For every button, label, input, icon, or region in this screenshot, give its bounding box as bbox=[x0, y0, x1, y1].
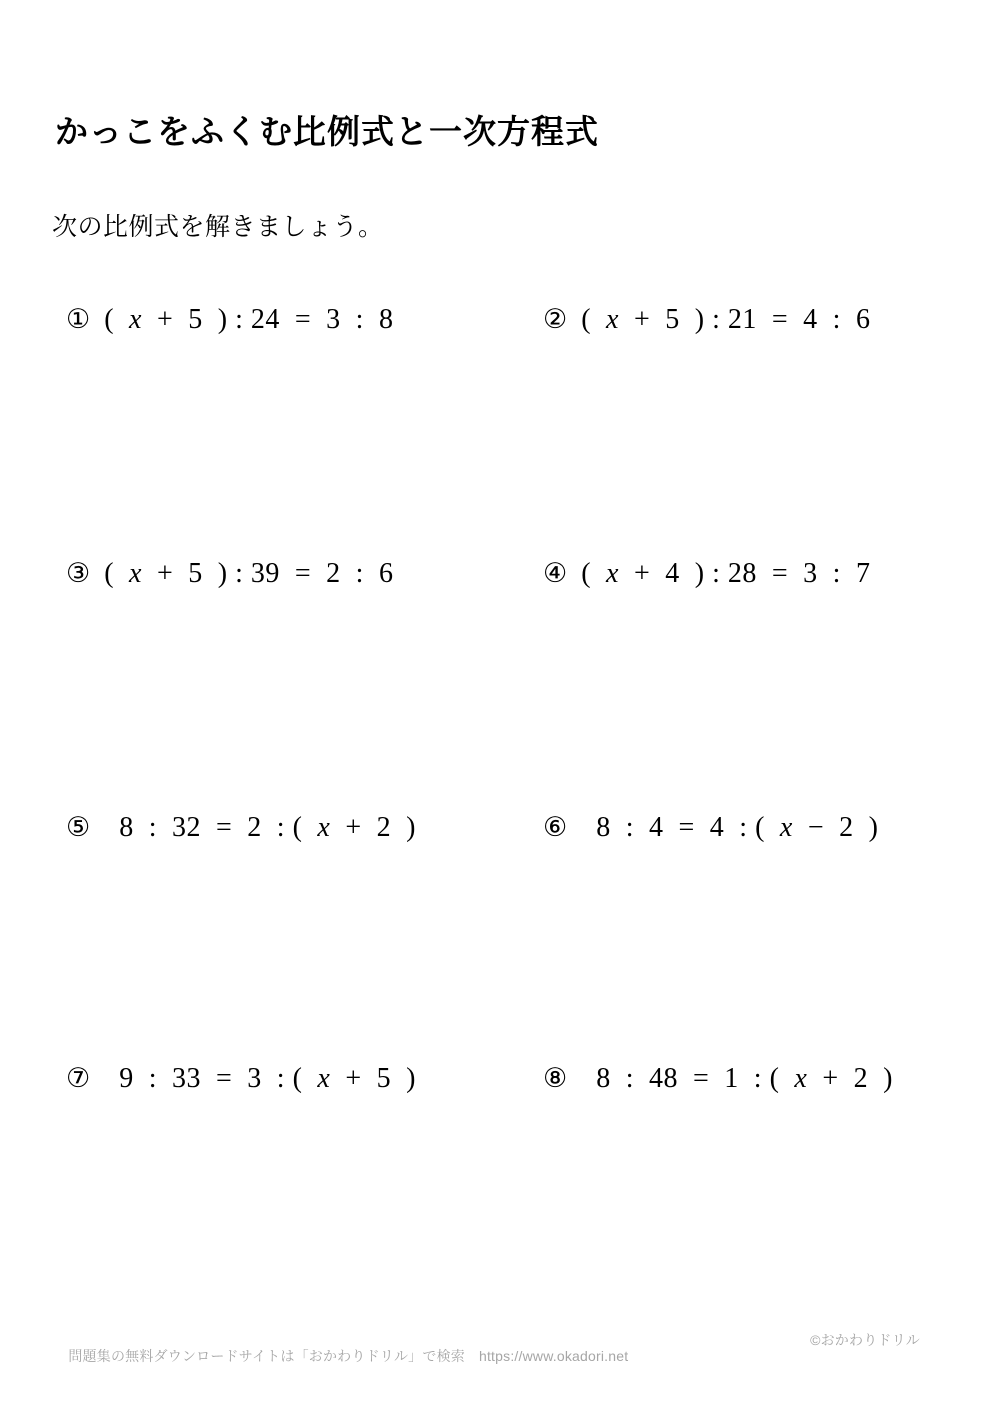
equation-post: + 2 ) bbox=[807, 1063, 893, 1094]
equation-pre: 8 : 48 = 1 : ( bbox=[581, 1063, 794, 1094]
equation-post: + 5 ) : 21 = 4 : 6 bbox=[619, 304, 870, 335]
footer-note: 問題集の無料ダウンロードサイトは「おかわりドリル」で検索 bbox=[68, 1348, 465, 1364]
problem-7: ⑦ 9 : 33 = 3 : ( x + 5 ) bbox=[66, 1061, 416, 1101]
problem-number: ④ bbox=[543, 556, 567, 592]
variable-x: x bbox=[317, 1063, 330, 1094]
variable-x: x bbox=[129, 304, 142, 335]
problem-3: ③ ( x + 5 ) : 39 = 2 : 6 bbox=[66, 556, 393, 596]
equation: 8 : 32 = 2 : ( x + 2 ) bbox=[104, 810, 416, 846]
problem-2: ② ( x + 5 ) : 21 = 4 : 6 bbox=[543, 302, 870, 342]
page-title: かっこをふくむ比例式と一次方程式 bbox=[55, 106, 599, 153]
problem-6: ⑥ 8 : 4 = 4 : ( x − 2 ) bbox=[543, 810, 878, 850]
variable-x: x bbox=[794, 1063, 807, 1094]
equation-post: + 2 ) bbox=[330, 812, 416, 843]
problem-5: ⑤ 8 : 32 = 2 : ( x + 2 ) bbox=[66, 810, 416, 850]
problem-number: ⑤ bbox=[66, 810, 90, 846]
equation-pre: 8 : 32 = 2 : ( bbox=[104, 812, 317, 843]
equation-pre: ( bbox=[581, 558, 606, 589]
footer-url: https://www.okadori.net bbox=[479, 1348, 628, 1364]
equation-post: + 5 ) : 39 = 2 : 6 bbox=[142, 558, 393, 589]
equation: ( x + 5 ) : 39 = 2 : 6 bbox=[104, 556, 393, 592]
problem-number: ⑥ bbox=[543, 810, 567, 846]
problem-8: ⑧ 8 : 48 = 1 : ( x + 2 ) bbox=[543, 1061, 893, 1101]
problem-number: ⑦ bbox=[66, 1061, 90, 1097]
variable-x: x bbox=[780, 812, 793, 843]
equation-post: + 4 ) : 28 = 3 : 7 bbox=[619, 558, 870, 589]
equation-pre: ( bbox=[581, 304, 606, 335]
variable-x: x bbox=[606, 304, 619, 335]
equation-pre: ( bbox=[104, 304, 129, 335]
equation: ( x + 4 ) : 28 = 3 : 7 bbox=[581, 556, 870, 592]
equation-post: + 5 ) bbox=[330, 1063, 416, 1094]
problem-number: ① bbox=[66, 302, 90, 338]
equation: 9 : 33 = 3 : ( x + 5 ) bbox=[104, 1061, 416, 1097]
footer-copyright: ©おかわりドリル bbox=[810, 1330, 920, 1350]
footer-site-info: 問題集の無料ダウンロードサイトは「おかわりドリル」で検索https://www.… bbox=[52, 1330, 628, 1382]
problem-number: ③ bbox=[66, 556, 90, 592]
equation: ( x + 5 ) : 21 = 4 : 6 bbox=[581, 302, 870, 338]
equation: ( x + 5 ) : 24 = 3 : 8 bbox=[104, 302, 393, 338]
equation-pre: 9 : 33 = 3 : ( bbox=[104, 1063, 317, 1094]
equation: 8 : 48 = 1 : ( x + 2 ) bbox=[581, 1061, 893, 1097]
equation-pre: ( bbox=[104, 558, 129, 589]
equation-post: + 5 ) : 24 = 3 : 8 bbox=[142, 304, 393, 335]
instruction-text: 次の比例式を解きましょう。 bbox=[52, 207, 384, 243]
variable-x: x bbox=[606, 558, 619, 589]
equation: 8 : 4 = 4 : ( x − 2 ) bbox=[581, 810, 878, 846]
problem-1: ① ( x + 5 ) : 24 = 3 : 8 bbox=[66, 302, 393, 342]
variable-x: x bbox=[129, 558, 142, 589]
problem-number: ② bbox=[543, 302, 567, 338]
equation-post: − 2 ) bbox=[793, 812, 879, 843]
problem-4: ④ ( x + 4 ) : 28 = 3 : 7 bbox=[543, 556, 870, 596]
equation-pre: 8 : 4 = 4 : ( bbox=[581, 812, 780, 843]
problem-number: ⑧ bbox=[543, 1061, 567, 1097]
variable-x: x bbox=[317, 812, 330, 843]
